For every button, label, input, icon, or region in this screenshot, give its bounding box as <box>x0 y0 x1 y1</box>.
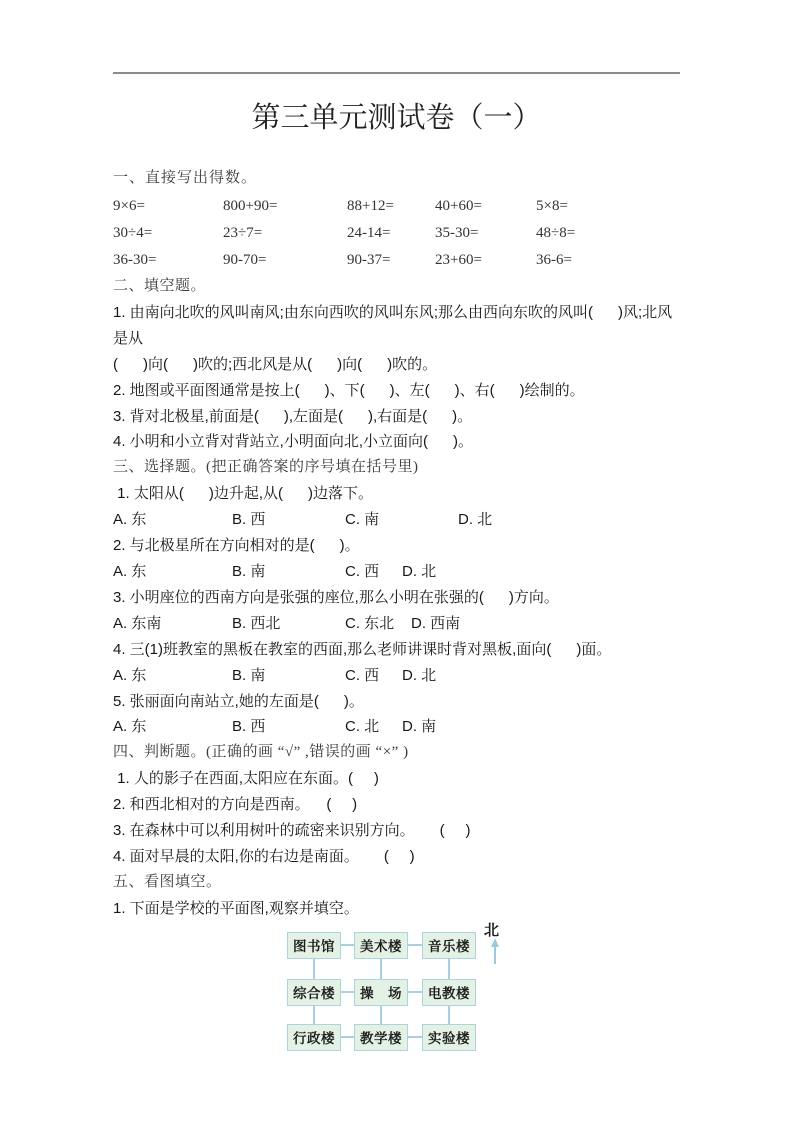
map-box-comprehensive-building: 综合楼 <box>287 979 341 1006</box>
arithmetic-cell: 90-37= <box>347 247 435 274</box>
map-box-teaching-building: 教学楼 <box>354 1024 408 1051</box>
map-box-av-education-building: 电教楼 <box>422 979 476 1006</box>
arithmetic-cell: 23÷7= <box>223 220 347 247</box>
connector-line <box>408 991 422 993</box>
map-box-library: 图书馆 <box>287 932 341 959</box>
section-5-heading: 五、看图填空。 <box>113 870 680 896</box>
arithmetic-cell: 23+60= <box>435 247 536 274</box>
option-item: B. 西北 <box>232 611 345 637</box>
map-box-playground: 操 场 <box>354 979 408 1006</box>
connector-line <box>313 1006 315 1024</box>
arithmetic-grid: 9×6= 800+90= 88+12= 40+60= 5×8= 30÷4= 23… <box>113 193 680 274</box>
connector-line <box>408 944 422 946</box>
map-box-art-building: 美术楼 <box>354 932 408 959</box>
choice-question-text: 3. 小明座位的西南方向是张强的座位,那么小明在张强的( )方向。 <box>113 585 680 611</box>
choice-options-row: A. 东 B. 南 C. 西 D. 北 <box>113 559 680 585</box>
arithmetic-cell: 40+60= <box>435 193 536 220</box>
arithmetic-cell: 9×6= <box>113 193 223 220</box>
option-item: A. 东南 <box>113 611 232 637</box>
option-item: D. 北 <box>402 559 680 585</box>
judgment-item: 2. 和西北相对的方向是西南。 ( ) <box>113 792 680 818</box>
choice-question-text: 5. 张丽面向南站立,她的左面是( )。 <box>113 689 680 715</box>
judgment-item: 1. 人的影子在西面,太阳应在东面。( ) <box>113 766 680 792</box>
section-3-heading: 三、选择题。(把正确答案的序号填在括号里) <box>113 455 680 481</box>
connector-line <box>448 1006 450 1024</box>
section-2-heading: 二、填空题。 <box>113 274 680 300</box>
question-body: 二、填空题。 1. 由南向北吹的风叫南风;由东向西吹的风叫东风;那么由西向东吹的… <box>113 274 680 922</box>
arithmetic-cell: 36-30= <box>113 247 223 274</box>
connector-line <box>380 959 382 979</box>
arithmetic-cell: 5×8= <box>536 193 680 220</box>
option-item: A. 东 <box>113 507 232 533</box>
arithmetic-cell: 24-14= <box>347 220 435 247</box>
connector-line <box>341 1036 354 1038</box>
judgment-item: 4. 面对早晨的太阳,你的右边是南面。 ( ) <box>113 844 680 870</box>
connector-line <box>341 991 354 993</box>
map-box-music-building: 音乐楼 <box>422 932 476 959</box>
option-item: C. 北 <box>345 714 402 740</box>
arithmetic-cell: 90-70= <box>223 247 347 274</box>
fill-blank-line: 1. 由南向北吹的风叫南风;由东向西吹的风叫东风;那么由西向东吹的风叫( )风;… <box>113 300 680 352</box>
option-item: C. 西 <box>345 663 402 689</box>
connector-line <box>341 944 354 946</box>
map-box-administration-building: 行政楼 <box>287 1024 341 1051</box>
connector-line <box>408 1036 422 1038</box>
north-arrow-icon <box>489 937 501 965</box>
option-item: D. 西南 <box>411 611 680 637</box>
arithmetic-cell: 800+90= <box>223 193 347 220</box>
arithmetic-cell: 35-30= <box>435 220 536 247</box>
section-4-heading: 四、判断题。(正确的画 “√” ,错误的画 “×” ) <box>113 740 680 766</box>
connector-line <box>448 959 450 979</box>
choice-question-text: 2. 与北极星所在方向相对的是( )。 <box>113 533 680 559</box>
fill-blank-line: 3. 背对北极星,前面是( ),左面是( ),右面是( )。 <box>113 404 680 430</box>
page-title: 第三单元测试卷（一） <box>113 100 680 136</box>
test-paper-page: 第三单元测试卷（一） 一、直接写出得数。 9×6= 800+90= 88+12=… <box>0 0 793 1122</box>
connector-line <box>313 959 315 979</box>
map-caption: 1. 下面是学校的平面图,观察并填空。 <box>113 896 680 922</box>
choice-options-row: A. 东南 B. 西北 C. 东北 D. 西南 <box>113 611 680 637</box>
option-item: D. 北 <box>458 507 680 533</box>
choice-options-row: A. 东 B. 南 C. 西 D. 北 <box>113 663 680 689</box>
option-item: A. 东 <box>113 663 232 689</box>
choice-options-row: A. 东 B. 西 C. 南 D. 北 <box>113 507 680 533</box>
fill-blank-line: 4. 小明和小立背对背站立,小明面向北,小立面向( )。 <box>113 429 680 455</box>
option-item: C. 南 <box>345 507 458 533</box>
option-item: C. 东北 <box>345 611 411 637</box>
option-item: B. 西 <box>232 507 345 533</box>
choice-question-text: 4. 三(1)班教室的黑板在教室的西面,那么老师讲课时背对黑板,面向( )面。 <box>113 637 680 663</box>
arithmetic-cell: 36-6= <box>536 247 680 274</box>
page-content: 第三单元测试卷（一） 一、直接写出得数。 9×6= 800+90= 88+12=… <box>113 0 680 1064</box>
option-item: B. 南 <box>232 663 345 689</box>
school-map: 图书馆 美术楼 音乐楼 综合楼 操 场 电教楼 行政楼 教学楼 实验楼 <box>287 929 527 1064</box>
option-item: A. 东 <box>113 714 232 740</box>
fill-blank-line: ( )向( )吹的;西北风是从( )向( )吹的。 <box>113 352 680 378</box>
arithmetic-cell: 30÷4= <box>113 220 223 247</box>
option-item: D. 北 <box>402 663 680 689</box>
fill-blank-line: 2. 地图或平面图通常是按上( )、下( )、左( )、右( )绘制的。 <box>113 378 680 404</box>
choice-question-text: 1. 太阳从( )边升起,从( )边落下。 <box>113 481 680 507</box>
option-item: B. 南 <box>232 559 345 585</box>
connector-line <box>380 1006 382 1024</box>
arithmetic-cell: 48÷8= <box>536 220 680 247</box>
choice-options-row: A. 东 B. 西 C. 北 D. 南 <box>113 714 680 740</box>
section-1-heading: 一、直接写出得数。 <box>113 165 680 191</box>
map-box-laboratory-building: 实验楼 <box>422 1024 476 1051</box>
option-item: D. 南 <box>402 714 680 740</box>
option-item: A. 东 <box>113 559 232 585</box>
header-rule <box>113 72 680 74</box>
option-item: B. 西 <box>232 714 345 740</box>
judgment-item: 3. 在森林中可以利用树叶的疏密来识别方向。 ( ) <box>113 818 680 844</box>
arithmetic-cell: 88+12= <box>347 193 435 220</box>
option-item: C. 西 <box>345 559 402 585</box>
